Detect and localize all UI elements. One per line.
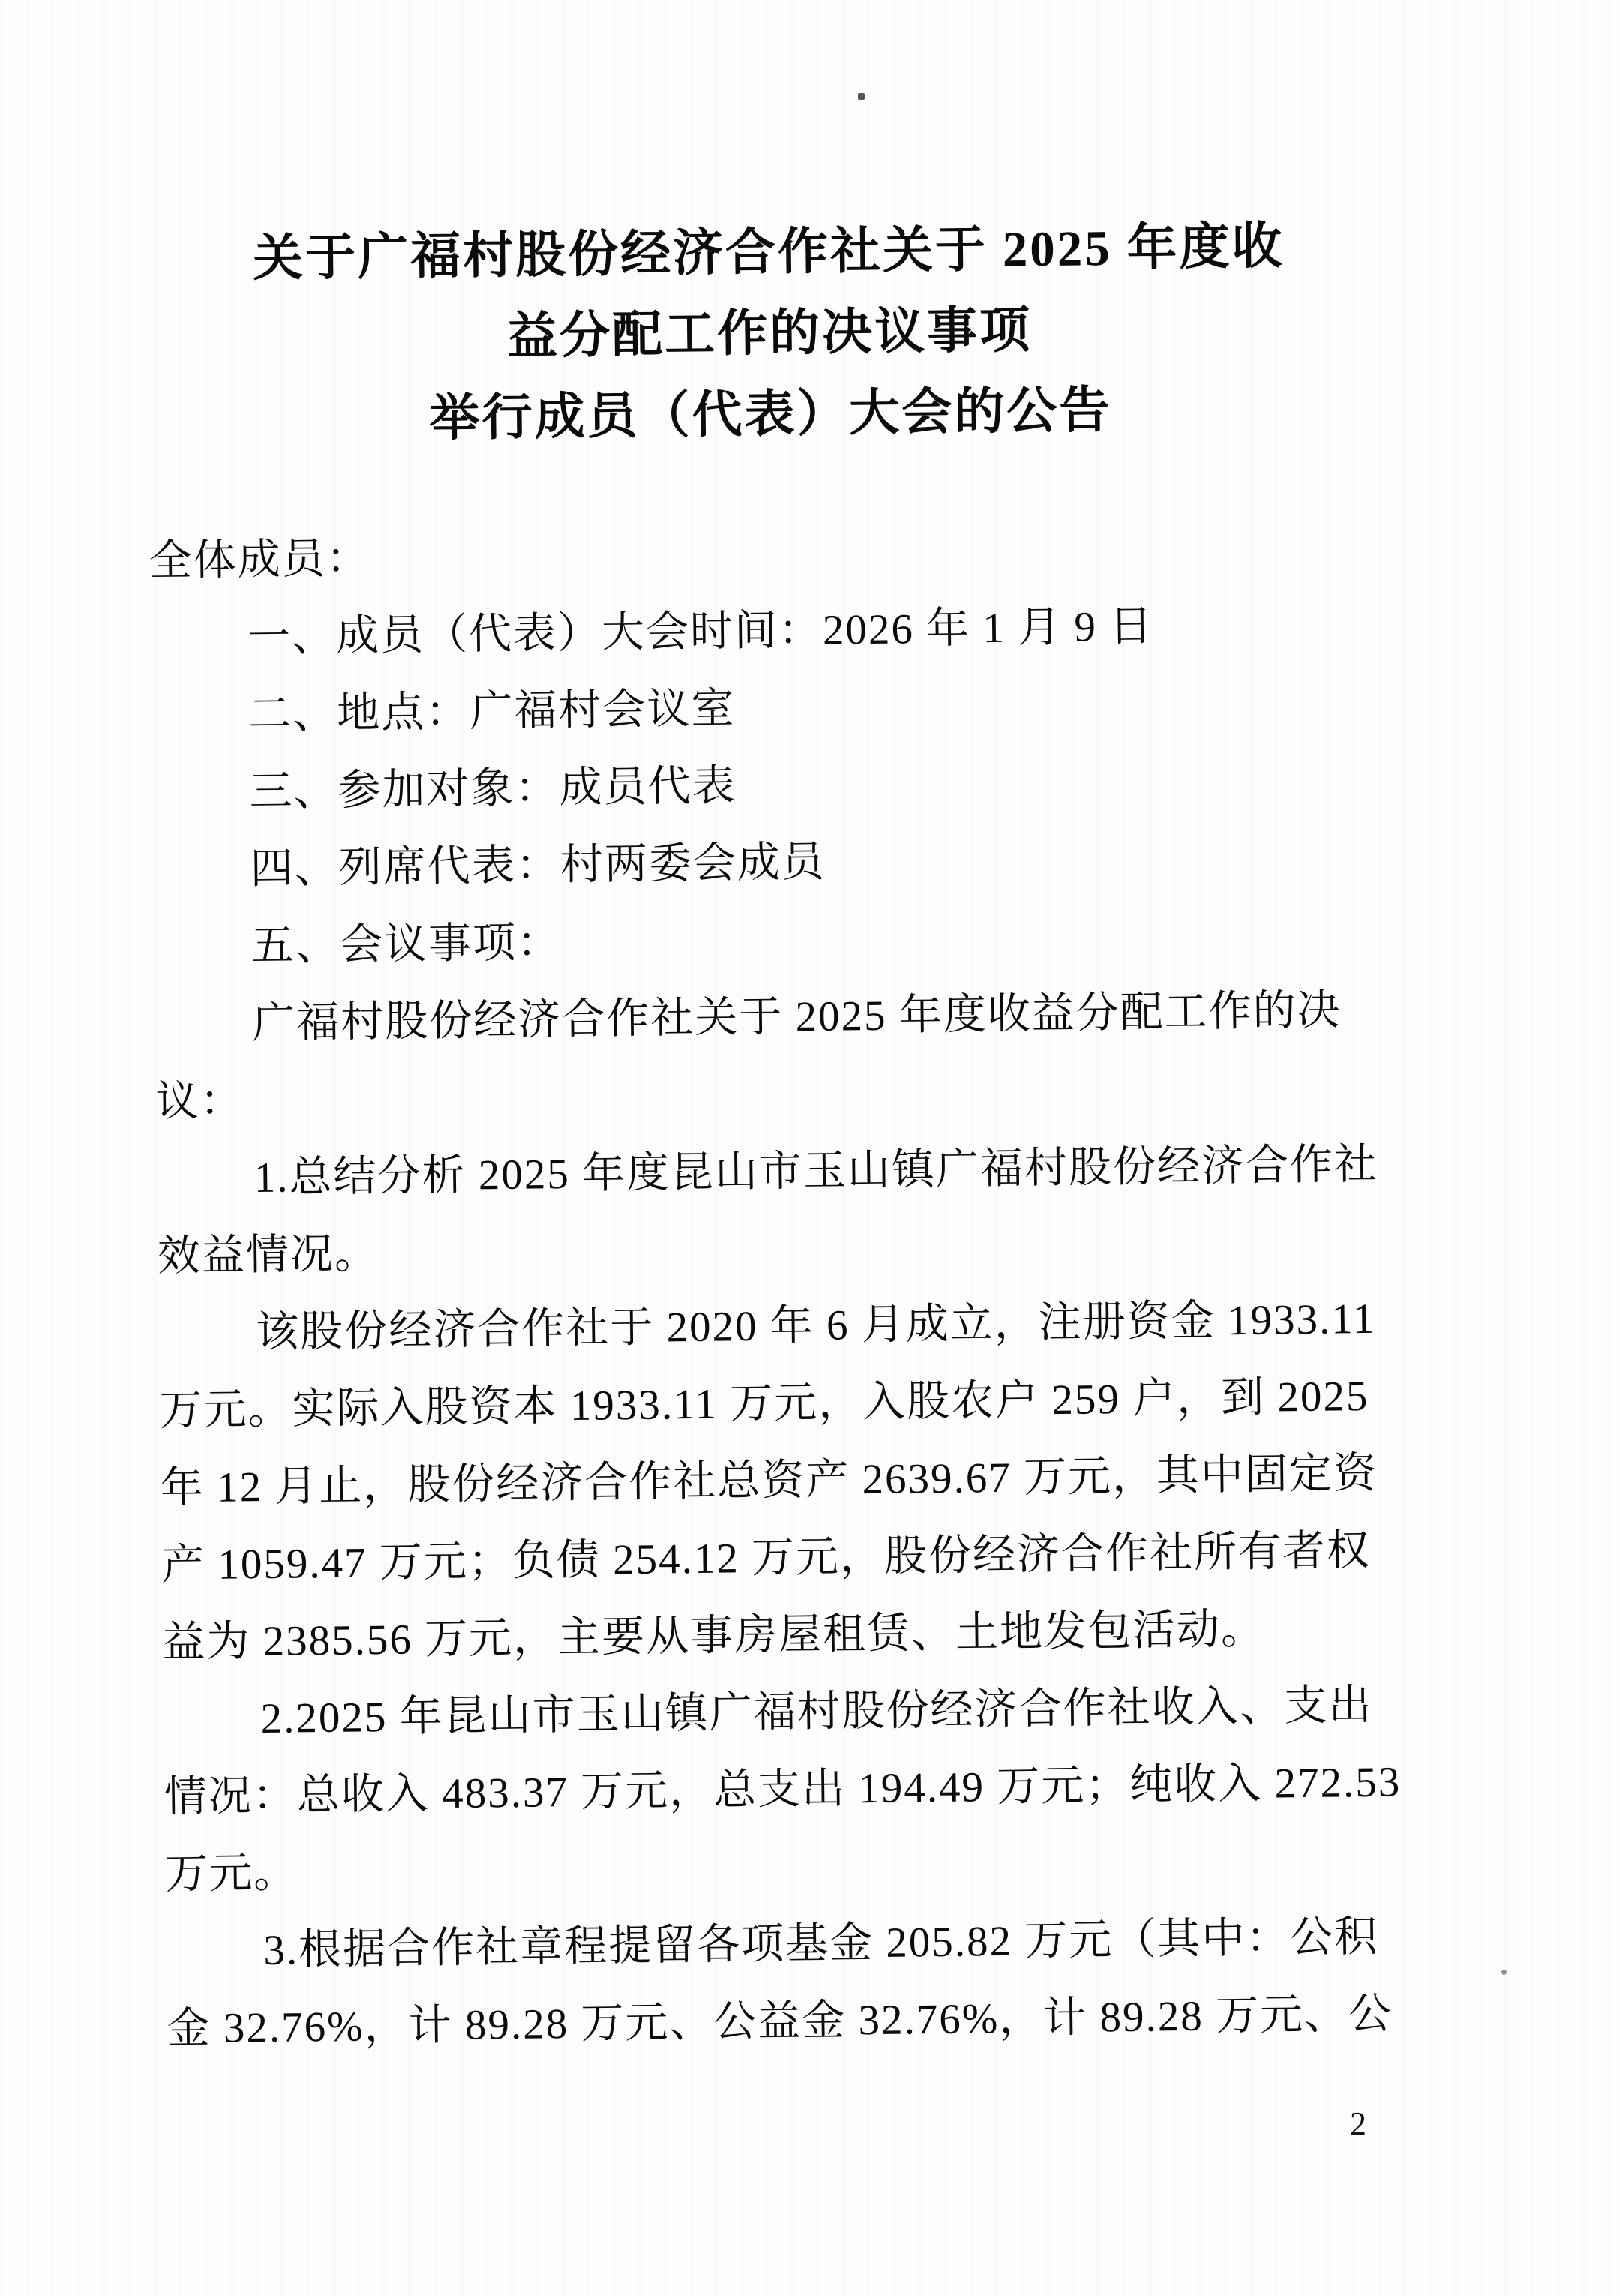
body-line: 1.总结分析 2025 年度昆山市玉山镇广福村股份经济合作社 [156,1125,1403,1217]
page-number: 2 [1350,2105,1366,2143]
document-content: 关于广福村股份经济合作社关于 2025 年度收益分配工作的决议事项举行成员（代表… [0,0,1620,2069]
body-line: 益为 2385.56 万元，主要从事房屋租赁、土地发包活动。 [162,1589,1409,1681]
body-line: 一、成员（代表）大会时间：2026 年 1 月 9 日 [149,584,1396,677]
title-line: 举行成员（代表）大会的公告 [147,366,1394,462]
body-line: 议： [155,1048,1402,1140]
body-line: 五、会议事项： [153,893,1400,986]
ink-speck [858,93,865,100]
body-line: 三、参加对象：成员代表 [151,739,1399,831]
body-line: 2.2025 年昆山市玉山镇广福村股份经济合作社收入、支出 [163,1666,1410,1758]
body-line: 万元。实际入股资本 1933.11 万元，入股农户 259 户，到 2025 [159,1357,1406,1449]
body-line: 全体成员： [148,507,1396,599]
body-line: 金 32.76%，计 89.28 万元、公益金 32.76%，计 89.28 万… [166,1975,1414,2067]
body-line: 四、列席代表：村两委会成员 [152,816,1399,908]
title-line: 益分配工作的决议事项 [146,285,1393,381]
body-line: 3.根据合作社章程提留各项基金 205.82 万元（其中：公积 [166,1898,1413,1990]
document-body: 全体成员：一、成员（代表）大会时间：2026 年 1 月 9 日二、地点：广福村… [0,505,1620,2069]
title-line: 关于广福村股份经济合作社关于 2025 年度收 [145,204,1392,300]
body-line: 年 12 月止，股份经济合作社总资产 2639.67 万元，其中固定资 [160,1434,1407,1526]
body-line: 万元。 [165,1820,1412,1913]
ink-speck [1501,1970,1507,1975]
body-line: 广福村股份经济合作社关于 2025 年度收益分配工作的决 [154,971,1402,1063]
body-line: 二、地点：广福村会议室 [151,662,1398,754]
body-line: 效益情况。 [157,1202,1404,1295]
body-line: 产 1059.47 万元；负债 254.12 万元，股份经济合作社所有者权 [160,1511,1408,1604]
body-line: 该股份经济合作社于 2020 年 6 月成立，注册资金 1933.11 [158,1280,1405,1372]
body-line: 情况：总收入 483.37 万元，总支出 194.49 万元；纯收入 272.5… [163,1743,1411,1835]
scanned-page: 关于广福村股份经济合作社关于 2025 年度收益分配工作的决议事项举行成员（代表… [0,0,1620,2296]
document-title: 关于广福村股份经济合作社关于 2025 年度收益分配工作的决议事项举行成员（代表… [0,202,1612,464]
